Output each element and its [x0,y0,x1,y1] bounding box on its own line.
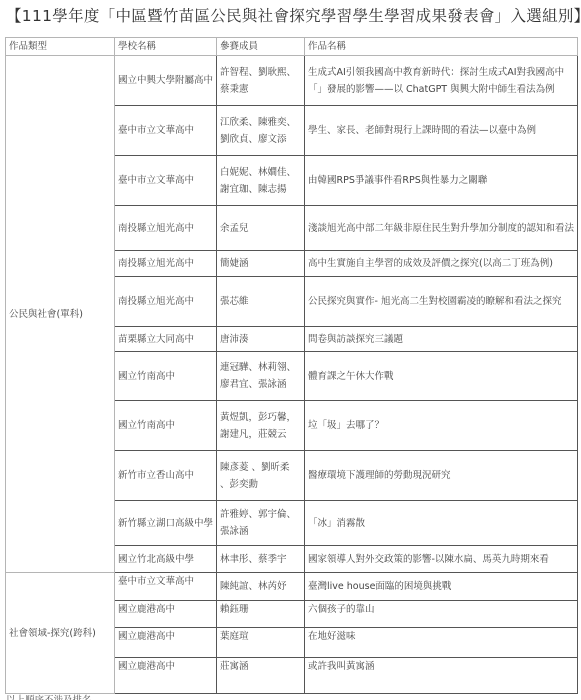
work-title-cell: 在地好滋味 [305,628,578,658]
school-cell: 新竹縣立湖口高級中學 [115,501,217,546]
work-title-cell: 體育課之午休大作戰 [305,352,578,401]
members-cell: 陳彥菱 、劉昕柔 、彭奕勳 [217,451,305,501]
members-cell: 賴鈺珊 [217,601,305,628]
members-cell: 許雅婷、郭宇倫、張詠涵 [217,501,305,546]
work-title-cell: 「冰」消霧散 [305,501,578,546]
school-cell: 苗栗縣立大同高中 [115,327,217,352]
members-cell: 葉庭瑄 [217,628,305,658]
school-cell: 國立中興大學附屬高中 [115,56,217,106]
table-header-row: 作品類型 學校名稱 參賽成員 作品名稱 [6,38,578,56]
work-title-cell: 問卷與訪談探究三議題 [305,327,578,352]
work-title-cell: 淺談旭光高中部二年級非原住民生對升學加分制度的認知和看法 [305,206,578,251]
work-title-cell: 垃「圾」去哪了？ [305,401,578,451]
members-cell: 莊寓涵 [217,658,305,694]
header-title: 作品名稱 [305,38,578,56]
work-title-cell: 由韓國RPS爭議事件看RPS與性暴力之關聯 [305,156,578,206]
members-cell: 陳純誼、林芮妤 [217,573,305,601]
header-category: 作品類型 [6,38,115,56]
footnote: 以上順序不涉及排名 [6,692,92,700]
school-cell: 國立竹北高級中學 [115,546,217,573]
members-cell: 簡婕涵 [217,251,305,277]
members-cell: 江欣柔、陳雅奕、劉欣貞、廖文添 [217,106,305,156]
school-cell: 南投縣立旭光高中 [115,251,217,277]
members-cell: 連冠驊、林莉翎、廖君宜、張詠涵 [217,352,305,401]
work-title-cell: 臺灣live house面臨的困境與挑戰 [305,573,578,601]
work-title-cell: 學生、家長、老師對現行上課時間的看法—以臺中為例 [305,106,578,156]
category-cell: 社會領域-探究(跨科) [6,573,115,694]
school-cell: 臺中市立文華高中 [115,156,217,206]
work-title-cell: 醫療環境下護理師的勞動現況研究 [305,451,578,501]
school-cell: 國立竹南高中 [115,352,217,401]
category-cell: 公民與社會(單科) [6,56,115,573]
school-cell: 國立鹿港高中 [115,601,217,628]
school-cell: 臺中市立文華高中 [115,106,217,156]
members-cell: 張芯維 [217,277,305,327]
table-row: 公民與社會(單科) 國立中興大學附屬高中 許智程、劉耿熙、蔡秉憲 生成式AI引領… [6,56,578,106]
school-cell: 新竹市立香山高中 [115,451,217,501]
school-cell: 南投縣立旭光高中 [115,206,217,251]
work-title-cell: 高中生實施自主學習的成效及評價之探究(以高二丁班為例) [305,251,578,277]
members-cell: 林聿彤、蔡季宇 [217,546,305,573]
school-cell: 國立竹南高中 [115,401,217,451]
school-cell: 南投縣立旭光高中 [115,277,217,327]
school-cell: 國立鹿港高中 [115,658,217,694]
members-cell: 唐沛湊 [217,327,305,352]
members-cell: 黃煜凱，彭巧馨，謝建凡，莊競云 [217,401,305,451]
members-cell: 白妮妮、林嫺佳、謝宜珈、陳志揚 [217,156,305,206]
work-title-cell: 國家領導人對外交政策的影響-以陳水扁、馬英九時期來看 [305,546,578,573]
selected-groups-table: 作品類型 學校名稱 參賽成員 作品名稱 公民與社會(單科) 國立中興大學附屬高中… [5,37,578,694]
work-title-cell: 或許我叫黃寓涵 [305,658,578,694]
page-title: 【111學年度「中區暨竹苗區公民與社會探究學習學生學習成果發表會」入選組別】 [6,4,581,26]
school-cell: 國立鹿港高中 [115,628,217,658]
work-title-cell: 公民探究與實作- 旭光高二生對校園霸凌的瞭解和看法之探究 [305,277,578,327]
header-members: 參賽成員 [217,38,305,56]
work-title-cell: 生成式AI引領我國高中教育新時代：探討生成式AI對我國高中「」發展的影響——以 … [305,56,578,106]
members-cell: 許智程、劉耿熙、蔡秉憲 [217,56,305,106]
table-row: 社會領域-探究(跨科) 臺中市立文華高中 陳純誼、林芮妤 臺灣live hous… [6,573,578,601]
school-cell: 臺中市立文華高中 [115,573,217,601]
members-cell: 余孟兒 [217,206,305,251]
work-title-cell: 六個孩子的靠山 [305,601,578,628]
header-school: 學校名稱 [115,38,217,56]
